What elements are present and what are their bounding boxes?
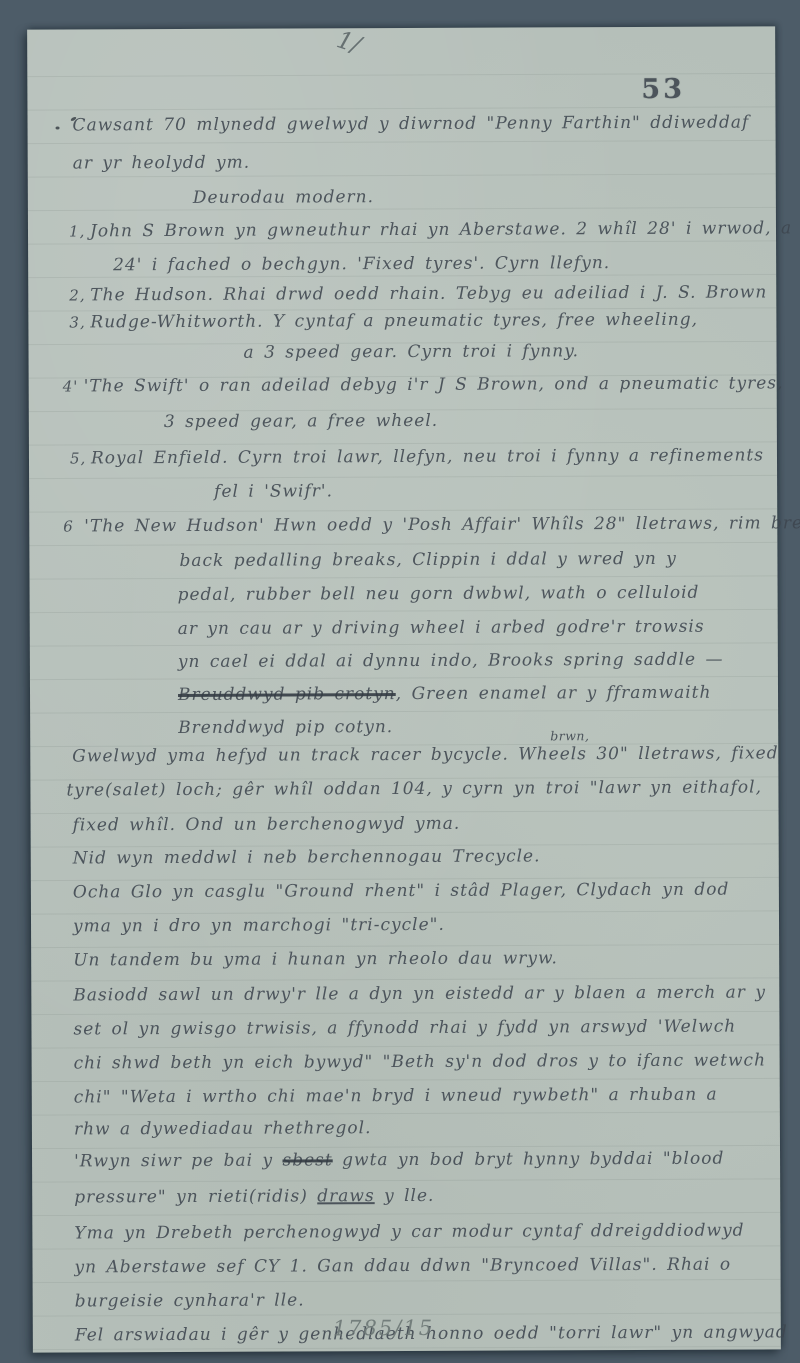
manuscript-line: 'Rwyn siwr pe bai y sbest gwta yn bod br… (74, 1151, 724, 1171)
handwritten-text: 'The Swift' o ran adeilad debyg i'r J S … (84, 373, 784, 396)
list-item-number: 3, (69, 315, 85, 330)
handwritten-text: Ocha Glo yn casglu "Ground rhent" i stâd… (73, 880, 730, 903)
handwritten-text: pressure" yn rieti(ridis) (74, 1186, 317, 1207)
list-item-number: 2, (69, 288, 85, 303)
handwritten-text: a 3 speed gear. Cyrn troi i fynny. (243, 341, 579, 362)
manuscript-line: Un tandem bu yma i hunan yn rheolo dau w… (73, 950, 558, 969)
handwritten-text: y lle. (375, 1186, 435, 1206)
handwritten-text: fixed whîl. Ond un berchenogwyd yma. (73, 814, 461, 836)
handwritten-text: Nid wyn meddwl i neb berchennogau Trecyc… (73, 846, 541, 868)
manuscript-line: yma yn i dro yn marchogi "tri-cycle". (73, 917, 445, 936)
manuscript-line: Cawsant 70 mlynedd gwelwyd y diwrnod "Pe… (73, 114, 750, 134)
handwritten-text: burgeisie cynhara'r lle. (75, 1290, 305, 1311)
manuscript-line: Basiodd sawl un drwy'r lle a dyn yn eist… (73, 984, 766, 1004)
scanned-document-background: { "page": { "page_number": "53", "corner… (0, 0, 800, 1363)
manuscript-line: Brenddwyd pip cotyn. (178, 719, 393, 737)
manuscript-line: 5,Royal Enfield. Cyrn troi lawr, llefyn,… (91, 447, 764, 467)
manuscript-line: Gwelwyd yma hefyd un track racer bycycle… (72, 745, 778, 765)
manuscript-line: 3,Rudge-Whitworth. Y cyntaf a pneumatic … (90, 312, 698, 332)
handwritten-text: 'Rwyn siwr pe bai y (74, 1151, 283, 1172)
manuscript-line: yn cael ei ddal ai dynnu indo, Brooks sp… (178, 652, 724, 671)
handwritten-text: gwta yn bod bryt hynny byddai "blood (333, 1149, 725, 1171)
manuscript-line: 1,John S Brown yn gwneuthur rhai yn Aber… (90, 220, 792, 240)
handwritten-text: Rudge-Whitworth. Y cyntaf a pneumatic ty… (90, 310, 698, 333)
handwritten-text: Royal Enfield. Cyrn troi lawr, llefyn, n… (91, 445, 764, 468)
manuscript-line: fel i 'Swifr'. (214, 483, 333, 501)
manuscript-line: tyre(salet) loch; gêr whîl oddan 104, y … (66, 779, 762, 799)
handwritten-text: ar yr heolydd ym. (73, 153, 250, 174)
handwritten-text: Deurodau modern. (193, 187, 374, 208)
list-item-number: 5, (70, 451, 86, 466)
handwritten-text: Un tandem bu yma i hunan yn rheolo dau w… (73, 948, 558, 970)
manuscript-line: 6'The New Hudson' Hwn oedd y 'Posh Affai… (84, 515, 800, 535)
manuscript-line: 3 speed gear, a free wheel. (164, 413, 438, 431)
handwritten-text: Basiodd sawl un drwy'r lle a dyn yn eist… (73, 982, 766, 1005)
handwritten-text: , Green enamel ar y fframwaith (396, 683, 712, 704)
document-page: 1/ 53 Cawsant 70 mlynedd gwelwyd y diwrn… (27, 26, 781, 1352)
archive-reference: 1785/15 (333, 1316, 434, 1340)
manuscript-line: Ocha Glo yn casglu "Ground rhent" i stâd… (73, 882, 730, 902)
manuscript-line: brwn, (550, 730, 589, 743)
handwritten-text: pedal, rubber bell neu gorn dwbwl, wath … (178, 583, 700, 605)
handwritten-text: draws (317, 1186, 375, 1206)
manuscript-line: back pedalling breaks, Clippin i ddal y … (179, 551, 676, 570)
handwritten-text: tyre(salet) loch; gêr whîl oddan 104, y … (66, 777, 762, 800)
handwritten-text: yma yn i dro yn marchogi "tri-cycle". (73, 915, 445, 937)
manuscript-line: a 3 speed gear. Cyrn troi i fynny. (243, 343, 579, 361)
manuscript-line: ar yn cau ar y driving wheel i arbed god… (178, 619, 705, 638)
handwritten-text: rhw a dywediadau rhethregol. (74, 1118, 372, 1139)
manuscript-line: chi shwd beth yn eich bywyd" "Beth sy'n … (74, 1052, 766, 1072)
manuscript-line: 24' i fached o bechgyn. 'Fixed tyres'. C… (113, 255, 610, 274)
list-item-number: 6 (63, 519, 74, 534)
handwritten-text: Gwelwyd yma hefyd un track racer bycycle… (72, 743, 778, 766)
handwritten-text: fel i 'Swifr'. (214, 481, 333, 502)
manuscript-line: burgeisie cynhara'r lle. (75, 1292, 305, 1310)
manuscript-line: yn Aberstawe sef CY 1. Gan ddau ddwn "Br… (74, 1257, 731, 1277)
struck-through-text: sbest (282, 1150, 332, 1170)
handwritten-text: Brenddwyd pip cotyn. (178, 717, 393, 738)
handwritten-text: 'The New Hudson' Hwn oedd y 'Posh Affair… (84, 513, 800, 536)
handwritten-text: The Hudson. Rhai drwd oedd rhain. Tebyg … (90, 282, 767, 305)
handwritten-text: ar yn cau ar y driving wheel i arbed god… (178, 617, 705, 639)
manuscript-line: Yma yn Drebeth perchenogwyd y car modur … (74, 1223, 744, 1243)
struck-through-text: Breuddwyd pib crotyn (178, 684, 396, 705)
handwritten-text: yn cael ei ddal ai dynnu indo, Brooks sp… (178, 650, 724, 672)
manuscript-text-layer: Cawsant 70 mlynedd gwelwyd y diwrnod "Pe… (27, 26, 781, 1352)
list-item-number: 1, (69, 224, 85, 239)
manuscript-line: Nid wyn meddwl i neb berchennogau Trecyc… (73, 848, 541, 867)
manuscript-line: set ol yn gwisgo trwisis, a ffynodd rhai… (73, 1019, 736, 1039)
manuscript-line: pedal, rubber bell neu gorn dwbwl, wath … (178, 585, 700, 604)
handwritten-text: back pedalling breaks, Clippin i ddal y … (179, 549, 676, 571)
handwritten-text: Yma yn Drebeth perchenogwyd y car modur … (74, 1221, 744, 1244)
handwritten-text: 24' i fached o bechgyn. 'Fixed tyres'. C… (113, 253, 610, 275)
handwritten-text: yn Aberstawe sef CY 1. Gan ddau ddwn "Br… (74, 1255, 731, 1278)
handwritten-text: chi" "Weta i wrtho chi mae'n bryd i wneu… (74, 1085, 718, 1108)
manuscript-line: rhw a dywediadau rhethregol. (74, 1120, 372, 1138)
handwritten-text: Cawsant 70 mlynedd gwelwyd y diwrnod "Pe… (72, 112, 749, 135)
manuscript-line: Deurodau modern. (193, 189, 374, 207)
manuscript-line: ar yr heolydd ym. (73, 155, 250, 173)
handwritten-text: set ol yn gwisgo trwisis, a ffynodd rhai… (73, 1017, 736, 1040)
manuscript-line: 4''The Swift' o ran adeilad debyg i'r J … (84, 375, 784, 395)
manuscript-line: chi" "Weta i wrtho chi mae'n bryd i wneu… (74, 1087, 718, 1107)
manuscript-line: pressure" yn rieti(ridis) draws y lle. (74, 1188, 434, 1207)
manuscript-line: 2,The Hudson. Rhai drwd oedd rhain. Teby… (90, 284, 767, 304)
handwritten-text: John S Brown yn gwneuthur rhai yn Aberst… (90, 218, 792, 241)
manuscript-line: fixed whîl. Ond un berchenogwyd yma. (73, 816, 461, 835)
manuscript-line: Breuddwyd pib crotyn, Green enamel ar y … (178, 685, 711, 704)
list-item-number: 4' (63, 379, 79, 394)
handwritten-text: brwn, (550, 728, 589, 743)
handwritten-text: chi shwd beth yn eich bywyd" "Beth sy'n … (74, 1050, 766, 1073)
handwritten-text: 3 speed gear, a free wheel. (164, 411, 438, 432)
